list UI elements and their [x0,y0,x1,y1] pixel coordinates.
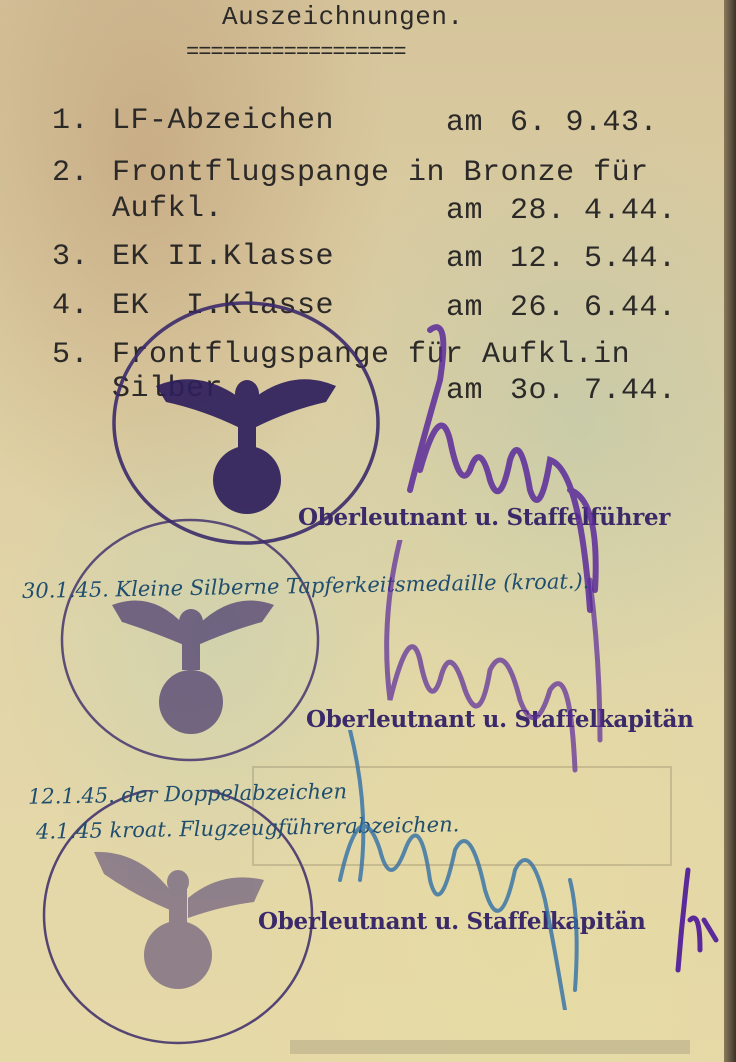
award-number: 5. [52,338,89,372]
award-name-continuation: Aufkl. [112,192,223,226]
award-name: Frontflugspange in Bronze für [112,156,649,190]
award-date: 12. 5.44. [510,242,677,276]
award-date-prefix: am [446,194,483,228]
page-edge [724,0,736,1062]
award-number: 4. [52,289,89,323]
faded-box [252,766,672,866]
award-date: 28. 4.44. [510,194,677,228]
bleed-through-text [290,1040,690,1054]
award-date-prefix: am [446,242,483,276]
award-number: 3. [52,240,89,274]
award-number: 1. [52,104,89,138]
award-date-prefix: am [446,106,483,140]
award-number: 2. [52,156,89,190]
document-page: Auszeichnungen. ================== 1. LF… [0,0,724,1062]
official-stamp [52,510,332,770]
eagle-icon [94,852,264,989]
eagle-icon [156,379,336,514]
award-name: EK II.Klasse [112,240,334,274]
heading-underline: ================== [186,40,406,65]
award-date: 6. 9.43. [510,106,658,140]
eagle-icon [112,601,274,735]
document-heading: Auszeichnungen. [222,2,464,32]
signature-mark [670,860,724,980]
award-name: LF-Abzeichen [112,104,334,138]
